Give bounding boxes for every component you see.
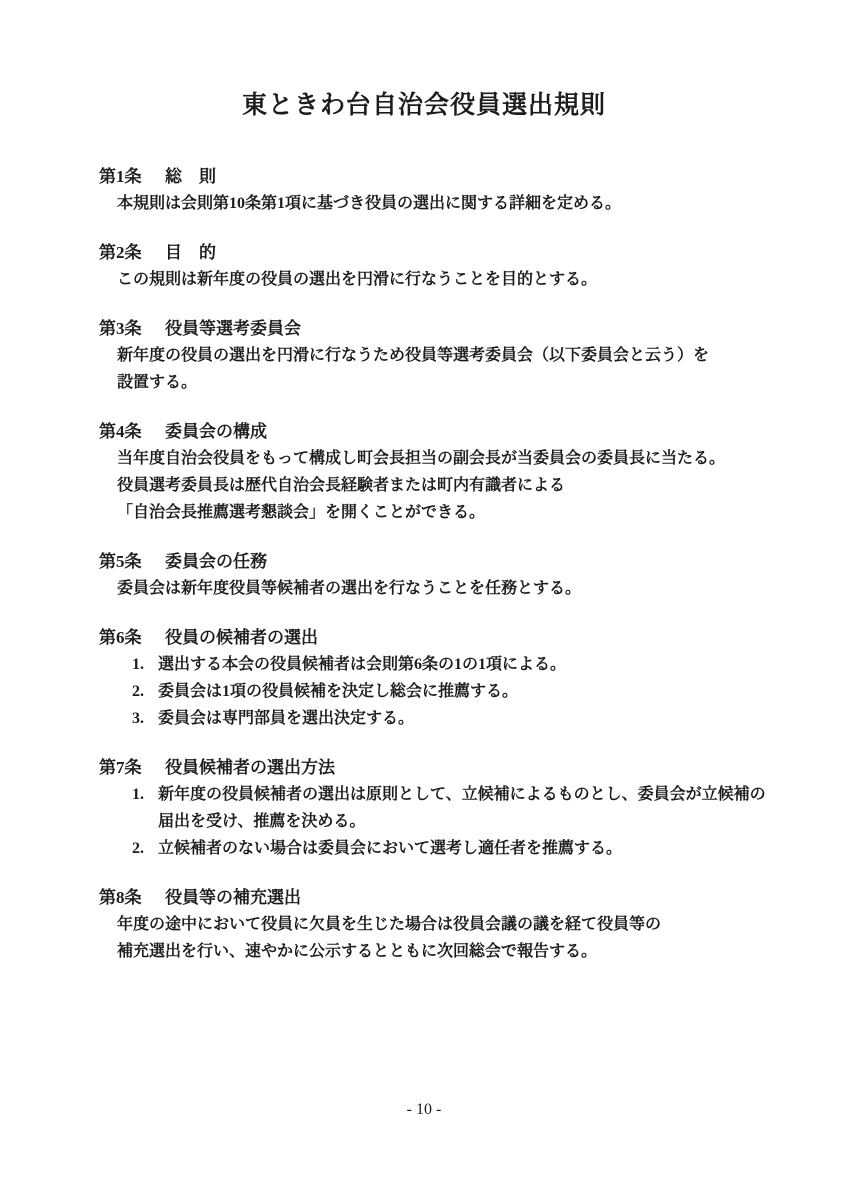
article-7: 第7条役員候補者の選出方法 1. 新年度の役員候補者の選出は原則として、立候補に… [99, 754, 808, 862]
article-title: 役員の候補者の選出 [165, 628, 318, 647]
article-2: 第2条目 的 この規則は新年度の役員の選出を円滑に行なうことを目的とする。 [99, 239, 808, 293]
article-number: 第7条 [99, 754, 165, 781]
item-text-line: 選出する本会の役員候補者は会則第6条の1の1項による。 [158, 651, 566, 678]
item-text-line: 届出を受け、推薦を決める。 [158, 808, 766, 835]
numbered-item: 1. 新年度の役員候補者の選出は原則として、立候補によるものとし、委員会が立候補… [132, 781, 808, 835]
article-heading: 第1条総 則 [99, 163, 808, 190]
page-number: - 10 - [0, 1100, 848, 1120]
article-body: 当年度自治会役員をもって構成し町会長担当の副会長が当委員会の委員長に当たる。 役… [117, 445, 808, 526]
article-8: 第8条役員等の補充選出 年度の途中において役員に欠員を生じた場合は役員会議の議を… [99, 884, 808, 965]
article-body: この規則は新年度の役員の選出を円滑に行なうことを目的とする。 [117, 266, 808, 293]
article-heading: 第6条役員の候補者の選出 [99, 624, 808, 651]
item-number: 2. [132, 678, 158, 705]
item-text: 立候補者のない場合は委員会において選考し適任者を推薦する。 [158, 835, 622, 862]
article-3: 第3条役員等選考委員会 新年度の役員の選出を円滑に行なうため役員等選考委員会（以… [99, 315, 808, 396]
article-title: 役員等の補充選出 [165, 888, 301, 907]
article-body: 委員会は新年度役員等候補者の選出を行なうことを任務とする。 [117, 575, 808, 602]
article-heading: 第5条委員会の任務 [99, 548, 808, 575]
article-heading: 第3条役員等選考委員会 [99, 315, 808, 342]
numbered-item: 1. 選出する本会の役員候補者は会則第6条の1の1項による。 [132, 651, 808, 678]
numbered-item: 3. 委員会は専門部員を選出決定する。 [132, 705, 808, 732]
numbered-item: 2. 立候補者のない場合は委員会において選考し適任者を推薦する。 [132, 835, 808, 862]
article-text-line: この規則は新年度の役員の選出を円滑に行なうことを目的とする。 [117, 266, 808, 293]
article-title: 役員候補者の選出方法 [165, 758, 335, 777]
article-text-line: 補充選出を行い、速やかに公示するとともに次回総会で報告する。 [117, 938, 808, 965]
item-number: 2. [132, 835, 158, 862]
article-number: 第1条 [99, 163, 165, 190]
item-text: 委員会は1項の役員候補を決定し総会に推薦する。 [158, 678, 518, 705]
article-heading: 第4条委員会の構成 [99, 418, 808, 445]
numbered-item: 2. 委員会は1項の役員候補を決定し総会に推薦する。 [132, 678, 808, 705]
article-title: 委員会の構成 [165, 422, 267, 441]
article-body: 新年度の役員の選出を円滑に行なうため役員等選考委員会（以下委員会と云う）を 設置… [117, 342, 808, 396]
article-heading: 第8条役員等の補充選出 [99, 884, 808, 911]
item-number: 3. [132, 705, 158, 732]
article-text-line: 当年度自治会役員をもって構成し町会長担当の副会長が当委員会の委員長に当たる。 [117, 445, 808, 472]
item-text: 選出する本会の役員候補者は会則第6条の1の1項による。 [158, 651, 566, 678]
article-number: 第3条 [99, 315, 165, 342]
article-5: 第5条委員会の任務 委員会は新年度役員等候補者の選出を行なうことを任務とする。 [99, 548, 808, 602]
article-text-line: 委員会は新年度役員等候補者の選出を行なうことを任務とする。 [117, 575, 808, 602]
item-text-line: 新年度の役員候補者の選出は原則として、立候補によるものとし、委員会が立候補の [158, 781, 766, 808]
article-4: 第4条委員会の構成 当年度自治会役員をもって構成し町会長担当の副会長が当委員会の… [99, 418, 808, 526]
article-text-line: 設置する。 [117, 369, 808, 396]
article-heading: 第7条役員候補者の選出方法 [99, 754, 808, 781]
article-title: 目 的 [165, 243, 216, 262]
article-number: 第2条 [99, 239, 165, 266]
article-title: 総 則 [165, 167, 216, 186]
item-number: 1. [132, 781, 158, 808]
article-title: 委員会の任務 [165, 552, 267, 571]
article-1: 第1条総 則 本規則は会則第10条第1項に基づき役員の選出に関する詳細を定める。 [99, 163, 808, 217]
article-body: 本規則は会則第10条第1項に基づき役員の選出に関する詳細を定める。 [117, 190, 808, 217]
item-text-line: 委員会は1項の役員候補を決定し総会に推薦する。 [158, 678, 518, 705]
article-text-line: 「自治会長推薦選考懇談会」を開くことができる。 [117, 499, 808, 526]
article-body: 年度の途中において役員に欠員を生じた場合は役員会議の議を経て役員等の 補充選出を… [117, 911, 808, 965]
article-6: 第6条役員の候補者の選出 1. 選出する本会の役員候補者は会則第6条の1の1項に… [99, 624, 808, 732]
article-title: 役員等選考委員会 [165, 319, 301, 338]
item-text-line: 立候補者のない場合は委員会において選考し適任者を推薦する。 [158, 835, 622, 862]
article-number: 第6条 [99, 624, 165, 651]
article-number: 第8条 [99, 884, 165, 911]
item-text: 委員会は専門部員を選出決定する。 [158, 705, 414, 732]
document-content: 第1条総 則 本規則は会則第10条第1項に基づき役員の選出に関する詳細を定める。… [0, 122, 848, 965]
article-text-line: 役員選考委員長は歴代自治会長経験者または町内有識者による [117, 472, 808, 499]
article-heading: 第2条目 的 [99, 239, 808, 266]
item-text: 新年度の役員候補者の選出は原則として、立候補によるものとし、委員会が立候補の 届… [158, 781, 766, 835]
article-number: 第5条 [99, 548, 165, 575]
article-text-line: 新年度の役員の選出を円滑に行なうため役員等選考委員会（以下委員会と云う）を [117, 342, 808, 369]
item-text-line: 委員会は専門部員を選出決定する。 [158, 705, 414, 732]
item-number: 1. [132, 651, 158, 678]
article-text-line: 本規則は会則第10条第1項に基づき役員の選出に関する詳細を定める。 [117, 190, 808, 217]
article-number: 第4条 [99, 418, 165, 445]
page-title: 東ときわ台自治会役員選出規則 [0, 90, 848, 122]
article-text-line: 年度の途中において役員に欠員を生じた場合は役員会議の議を経て役員等の [117, 911, 808, 938]
document-page: 東ときわ台自治会役員選出規則 第1条総 則 本規則は会則第10条第1項に基づき役… [0, 0, 848, 1200]
